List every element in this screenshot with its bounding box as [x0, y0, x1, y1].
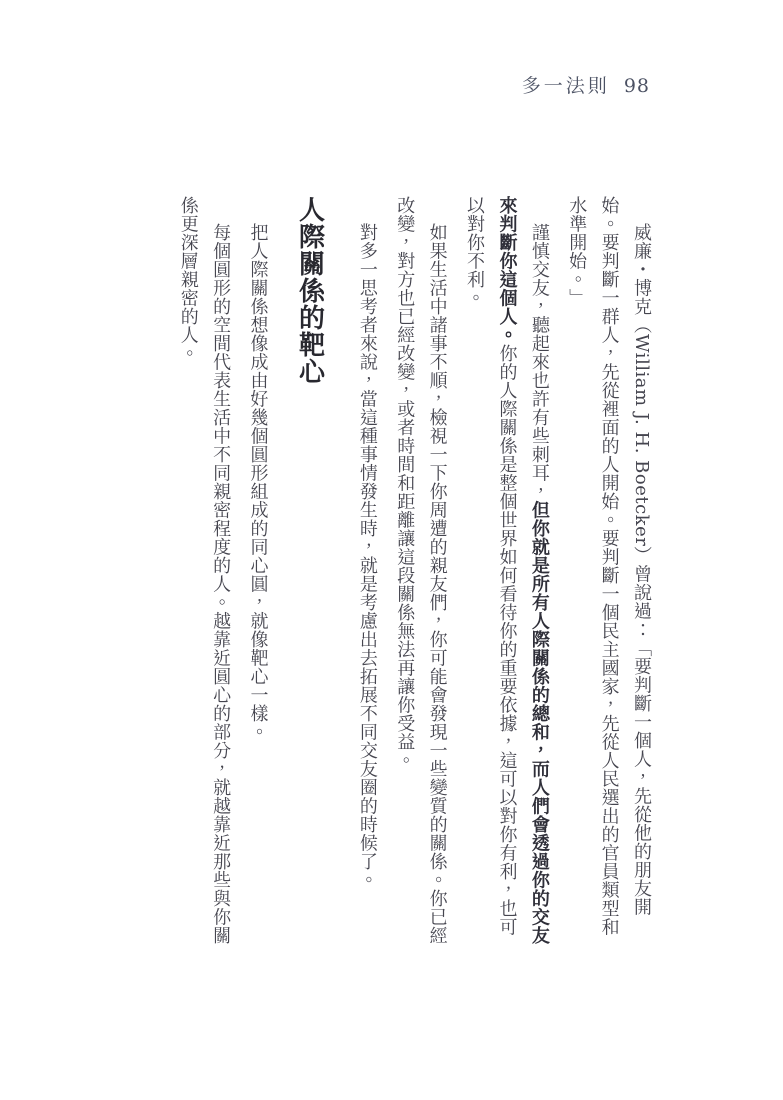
- paragraph: 謹慎交友，聽起來也許有些刺耳，但你就是所有人際關係的總和，而人們會透過你的交友來…: [458, 196, 555, 948]
- chapter-title: 多一法則: [522, 75, 610, 97]
- paragraph: 把人際關係想像成由好幾個圓形組成的同心圓，就像靶心一樣。: [241, 196, 273, 948]
- paragraph-quote: 威廉・博克（William J. H. Boetcker）曾說過：「要判斷一個人…: [560, 196, 657, 948]
- paragraph: 如果生活中諸事不順，檢視一下你周遭的親友們，你可能會發現一些變質的關係。你已經改…: [388, 196, 453, 948]
- paragraph: 每個圓形的空間代表生活中不同親密程度的人。越靠近圓心的部分，就越靠近那些與你關係…: [171, 196, 236, 948]
- page-number: 98: [624, 75, 650, 97]
- book-page: 多一法則98 威廉・博克（William J. H. Boetcker）曾說過：…: [0, 0, 783, 1100]
- running-head: 多一法則98: [522, 71, 650, 98]
- paragraph-text: 謹慎交友，聽起來也許有些刺耳，: [529, 223, 550, 501]
- section-heading: 人際關係的靶心: [289, 196, 328, 948]
- text-body: 威廉・博克（William J. H. Boetcker）曾說過：「要判斷一個人…: [166, 196, 657, 948]
- paragraph: 對多一思考者來說，當這種事情發生時，就是考慮出去拓展不同交友圈的時候了。: [350, 196, 382, 948]
